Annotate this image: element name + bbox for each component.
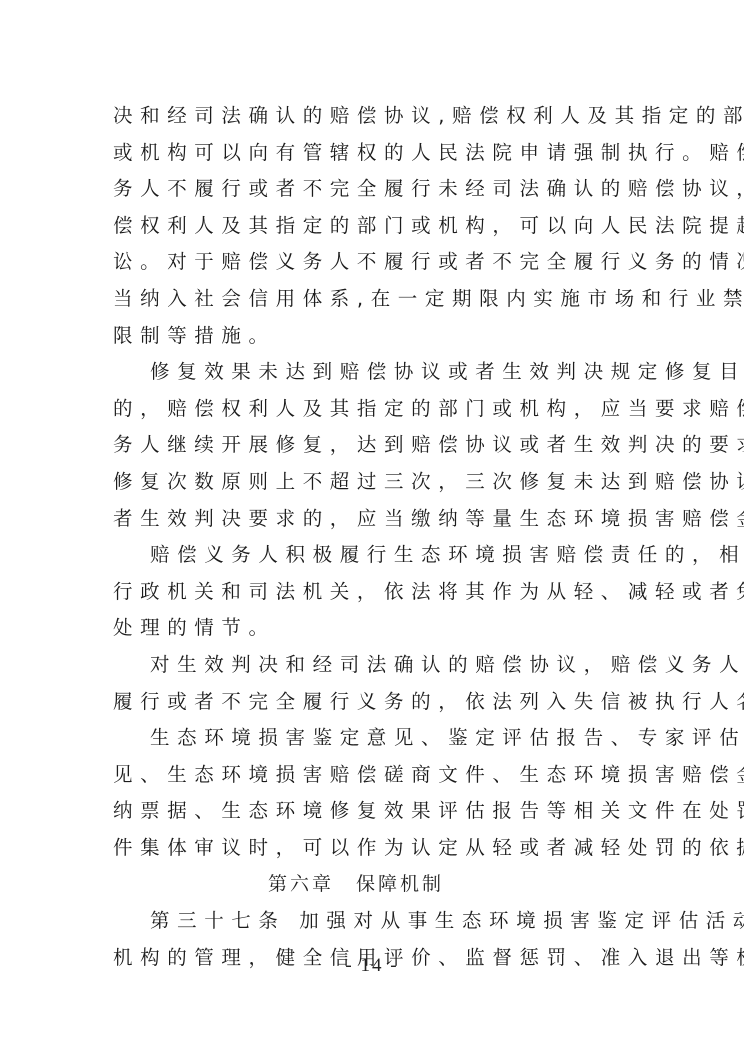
body-text: 决和经司法确认的赔偿协议,赔偿权利人及其指定的部门 或机构可以向有管辖权的人民法…	[113, 98, 633, 976]
text-line: 修复次数原则上不超过三次，三次修复未达到赔偿协议或	[113, 464, 633, 501]
text-line: 履行或者不完全履行义务的，依法列入失信被执行人名单。	[113, 684, 633, 721]
paragraph-first-line: 赔偿义务人积极履行生态环境损害赔偿责任的，相关	[113, 537, 633, 574]
text-line: 处理的情节。	[113, 610, 633, 647]
text-line: 务人继续开展修复，达到赔偿协议或者生效判决的要求。	[113, 427, 633, 464]
text-line: 者生效判决要求的，应当缴纳等量生态环境损害赔偿金。	[113, 501, 633, 538]
text-line: 纳票据、生态环境修复效果评估报告等相关文件在处罚案	[113, 793, 633, 830]
text-line: 或机构可以向有管辖权的人民法院申请强制执行。赔偿义	[113, 135, 633, 172]
text-line: 件集体审议时，可以作为认定从轻或者减轻处罚的依据。	[113, 830, 633, 867]
paragraph-first-line: 生态环境损害鉴定意见、鉴定评估报告、专家评估意	[113, 720, 633, 757]
text-line: 的，赔偿权利人及其指定的部门或机构，应当要求赔偿义	[113, 391, 633, 428]
text-line: 限制等措施。	[113, 318, 633, 355]
text-line: 务人不履行或者不完全履行未经司法确认的赔偿协议，赔	[113, 171, 633, 208]
text-line: 偿权利人及其指定的部门或机构，可以向人民法院提起诉	[113, 208, 633, 245]
text-line: 当纳入社会信用体系,在一定期限内实施市场和行业禁入、	[113, 281, 633, 318]
document-page: 决和经司法确认的赔偿协议,赔偿权利人及其指定的部门 或机构可以向有管辖权的人民法…	[0, 0, 744, 1052]
text-line: 见、生态环境损害赔偿磋商文件、生态环境损害赔偿金缴	[113, 757, 633, 794]
text-line: 行政机关和司法机关，依法将其作为从轻、减轻或者免予	[113, 574, 633, 611]
paragraph-first-line: 对生效判决和经司法确认的赔偿协议，赔偿义务人不	[113, 647, 633, 684]
text-line: 讼。对于赔偿义务人不履行或者不完全履行义务的情况应	[113, 244, 633, 281]
chapter-heading: 第六章 保障机制	[113, 866, 633, 903]
text-line: 决和经司法确认的赔偿协议,赔偿权利人及其指定的部门	[113, 98, 633, 135]
article-first-line: 第三十七条 加强对从事生态环境损害鉴定评估活动	[113, 903, 633, 940]
paragraph-first-line: 修复效果未达到赔偿协议或者生效判决规定修复目标	[113, 354, 633, 391]
page-number: - 14 -	[0, 955, 744, 977]
